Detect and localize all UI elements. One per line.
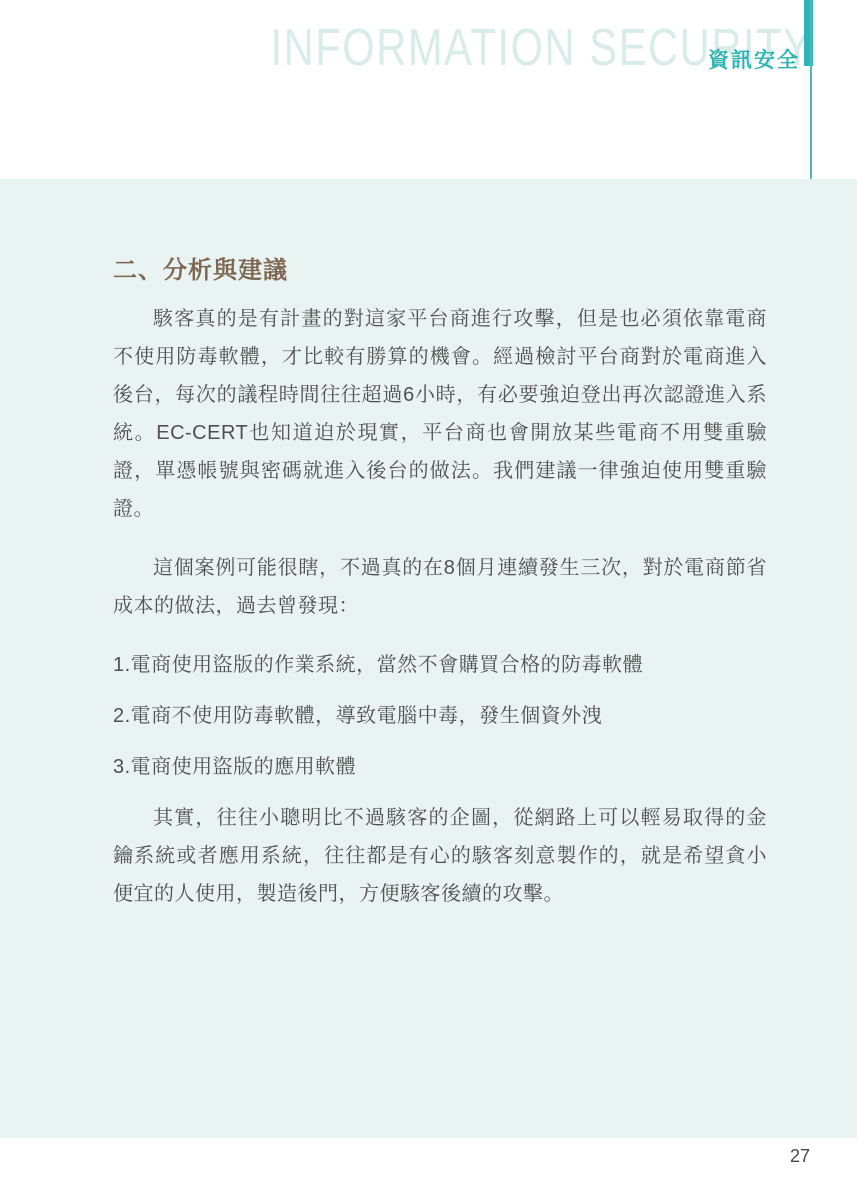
paragraph-analysis: 駭客真的是有計畫的對這家平台商進行攻擊，但是也必須依靠電商不使用防毒軟體，才比較… [113, 300, 767, 528]
paragraph-conclusion: 其實，往往小聰明比不過駭客的企圖，從網路上可以輕易取得的金鑰系統或者應用系統，往… [113, 799, 767, 913]
page-number: 27 [790, 1146, 810, 1167]
list-item-2: 2.電商不使用防毒軟體，導致電腦中毒，發生個資外洩 [113, 697, 767, 735]
content-panel: 二、分析與建議 駭客真的是有計畫的對這家平台商進行攻擊，但是也必須依靠電商不使用… [0, 179, 857, 1138]
list-item-3: 3.電商使用盜版的應用軟體 [113, 748, 767, 786]
findings-list: 1.電商使用盜版的作業系統，當然不會購買合格的防毒軟體 2.電商不使用防毒軟體，… [113, 646, 767, 786]
page-title-chinese: 資訊安全 [708, 44, 800, 74]
list-item-1: 1.電商使用盜版的作業系統，當然不會購買合格的防毒軟體 [113, 646, 767, 684]
document-page: INFORMATION SECURITY 資訊安全 二、分析與建議 駭客真的是有… [0, 0, 857, 1200]
section-heading: 二、分析與建議 [113, 257, 767, 284]
paragraph-case-intro: 這個案例可能很瞎，不過真的在8個月連續發生三次，對於電商節省成本的做法，過去曾發… [113, 549, 767, 625]
